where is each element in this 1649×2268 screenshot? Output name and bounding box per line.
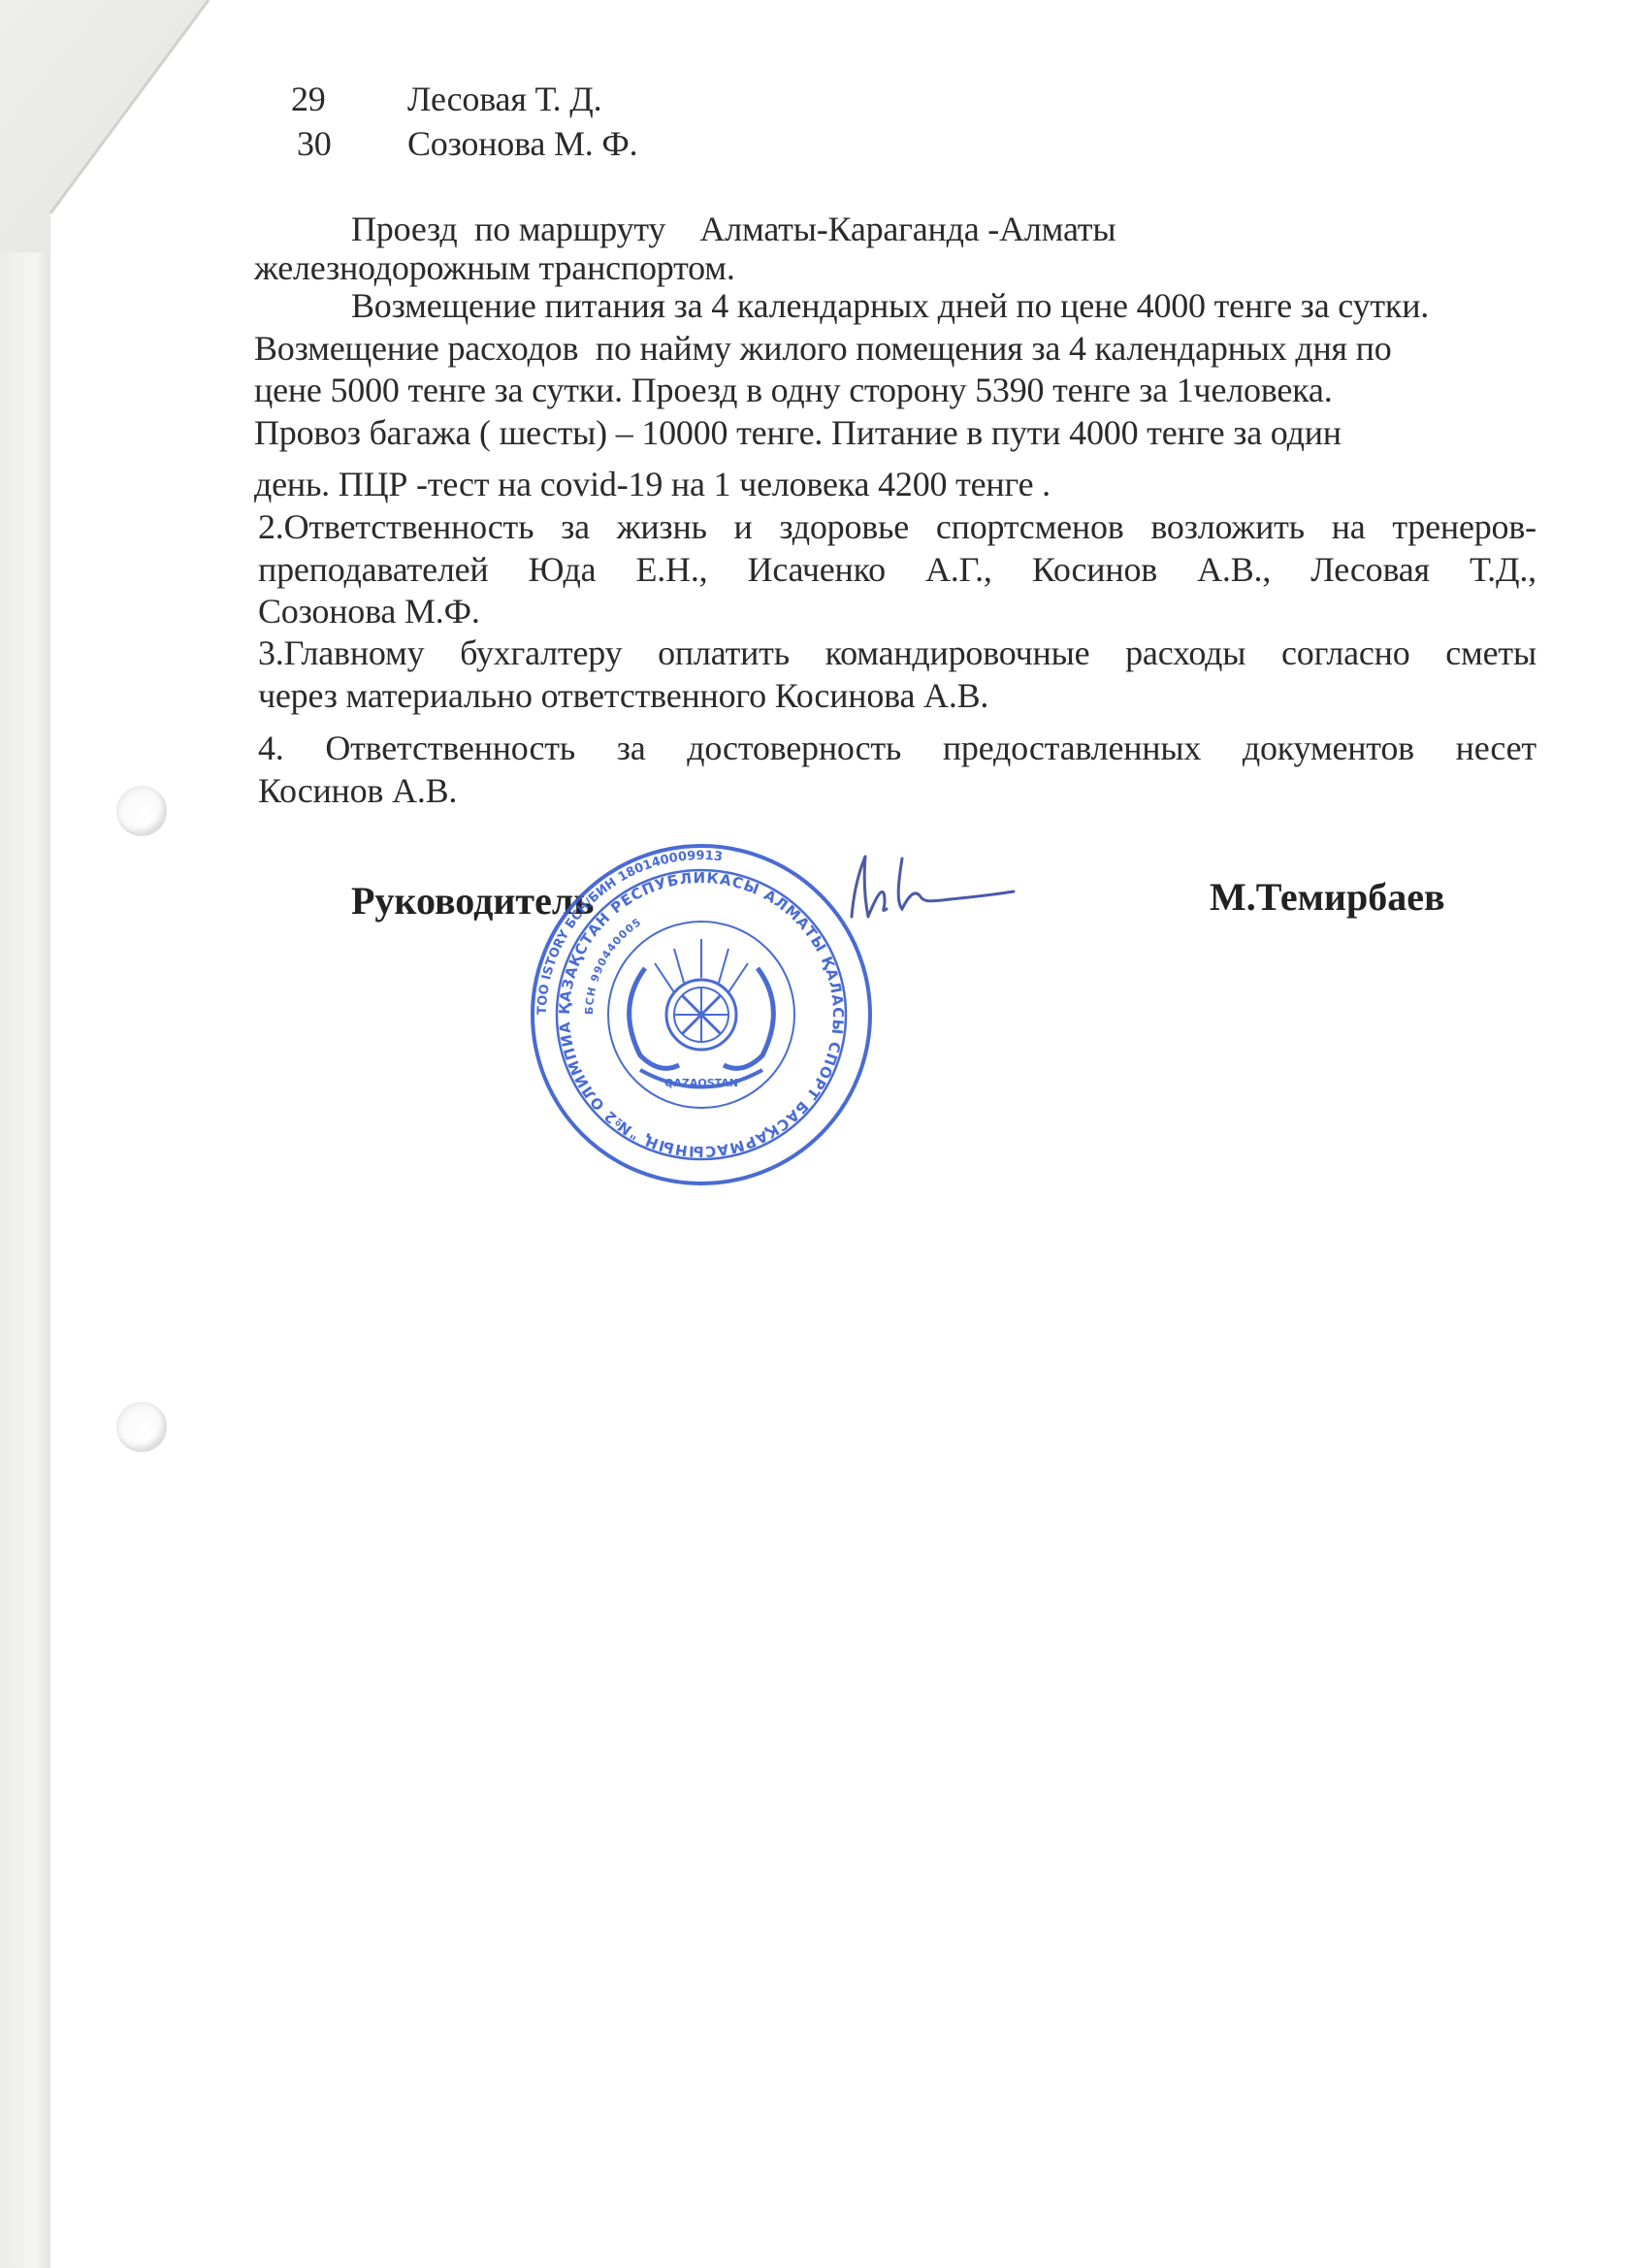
expenses-line: Возмещение расходов по найму жилого поме… [254, 331, 1392, 366]
signatory-name: М.Темирбаев [1210, 878, 1445, 917]
handwritten-signature [824, 849, 1018, 926]
list-item-name: Лесовая Т. Д. [407, 81, 601, 116]
official-seal-stamp: TOO ISTORY БСН/БИН 180140009913 ҚАЗАҚСТА… [529, 842, 874, 1187]
folded-page-corner [0, 0, 252, 252]
clause-2-line: 2.Ответственностьзажизньиздоровьеспортсм… [258, 509, 1536, 544]
clause-2-line: Созонова М.Ф. [258, 594, 480, 629]
expenses-line: Возмещение питания за 4 календарных дней… [351, 288, 1429, 323]
scanner-edge-strip [0, 0, 50, 2268]
expenses-line: цене 5000 тенге за сутки. Проезд в одну … [254, 373, 1333, 407]
clause-4-line: 4.Ответственностьзадостоверностьпредоста… [258, 730, 1536, 765]
expenses-line: Провоз багажа ( шесты) – 10000 тенге. Пи… [254, 415, 1342, 450]
clause-4-line: Косинов А.В. [258, 773, 457, 808]
clause-2-line: преподавателейЮдаЕ.Н.,ИсаченкоА.Г.,Косин… [258, 552, 1536, 587]
punch-hole-bottom [116, 1402, 167, 1452]
clause-3-line: через материально ответственного Косинов… [258, 678, 988, 713]
punch-hole-top [116, 786, 167, 836]
expenses-line: день. ПЦР -тест на covid-19 на 1 человек… [254, 467, 1051, 502]
transport-line: железнодорожным транспортом. [254, 250, 735, 285]
svg-text:QAZAQSTAN: QAZAQSTAN [664, 1077, 738, 1089]
list-item-name: Созонова М. Ф. [407, 126, 637, 161]
route-line: Проезд по маршруту Алматы-Караганда -Алм… [351, 211, 1115, 246]
clause-3-line: 3.Главномубухгалтеруоплатитькомандировоч… [258, 635, 1536, 670]
list-item-number: 29 [291, 81, 326, 116]
list-item-number: 30 [297, 126, 332, 161]
